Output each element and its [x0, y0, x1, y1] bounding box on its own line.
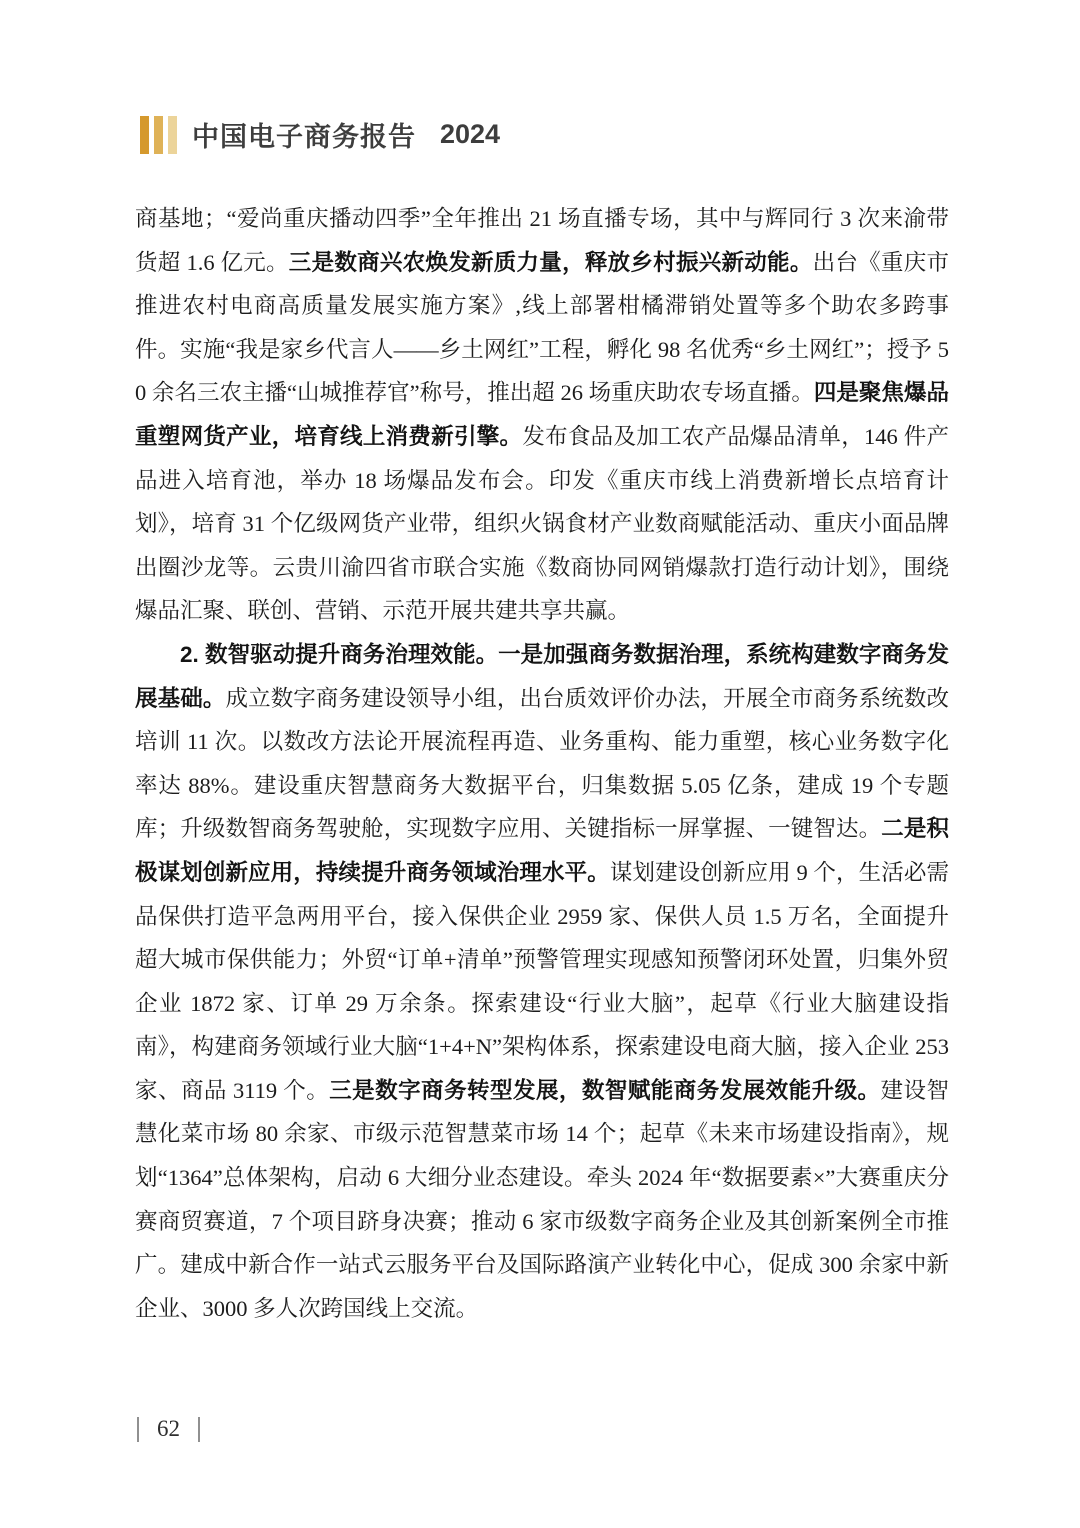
logo-bar [140, 116, 149, 154]
text-segment: 谋划建设创新应用 9 个，生活必需品保供打造平急两用平台，接入保供企业 2959… [135, 860, 949, 1103]
bold-text-segment: 三是数字商务转型发展，数智赋能商务发展效能升级。 [329, 1078, 880, 1103]
report-page: 中国电子商务报告 2024 商基地；“爱尚重庆播动四季”全年推出 21 场直播专… [0, 0, 1080, 1528]
report-title: 中国电子商务报告 [192, 115, 416, 154]
report-year: 2024 [440, 119, 500, 150]
report-logo-bars-icon [140, 116, 177, 154]
text-block: 商基地；“爱尚重庆播动四季”全年推出 21 场直播专场，其中与辉同行 3 次来渝… [135, 197, 949, 1330]
text-segment: 发布食品及加工农产品爆品清单，146 件产品进入培育池，举办 18 场爆品发布会… [135, 424, 949, 623]
footer-divider-bar [198, 1417, 200, 1442]
paragraph: 商基地；“爱尚重庆播动四季”全年推出 21 场直播专场，其中与辉同行 3 次来渝… [135, 197, 949, 633]
paragraph: 2. 数智驱动提升商务治理效能。一是加强商务数据治理，系统构建数字商务发展基础。… [135, 633, 949, 1331]
logo-bar [168, 116, 177, 154]
text-segment: 成立数字商务建设领导小组，出台质效评价办法，开展全市商务系统数改培训 11 次。… [135, 686, 949, 842]
page-header: 中国电子商务报告 2024 [140, 115, 500, 154]
footer-divider-bar [137, 1417, 139, 1442]
text-segment: 建设智慧化菜市场 80 余家、市级示范智慧菜市场 14 个；起草《未来市场建设指… [135, 1078, 949, 1321]
logo-bar [154, 116, 163, 154]
page-footer: 62 [137, 1416, 200, 1442]
page-number: 62 [157, 1416, 180, 1442]
bold-text-segment: 三是数商兴农焕发新质力量，释放乡村振兴新动能。 [289, 250, 813, 275]
